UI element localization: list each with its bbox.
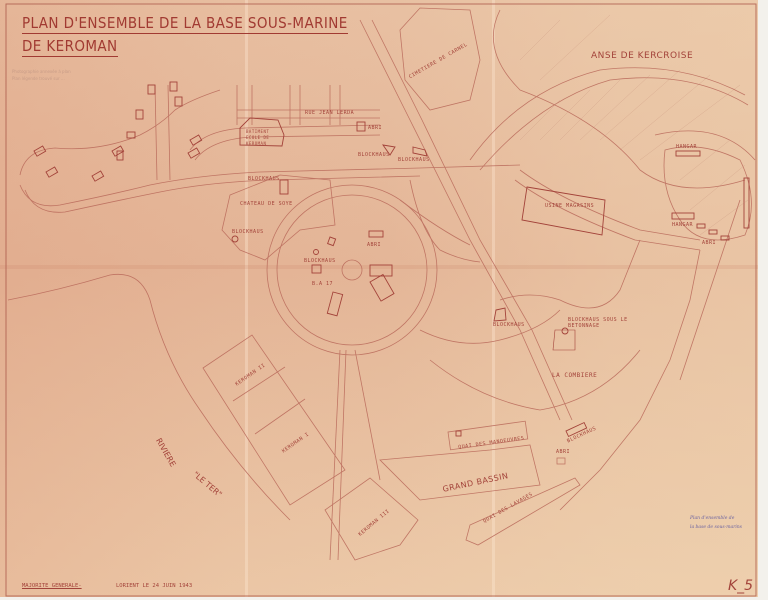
subnote-line: Plan légende trouvé sur ...: [12, 75, 71, 82]
blockhouse-label: BLOCKHAUS: [398, 157, 430, 163]
blockhouse-label: BLOCKHAUS: [248, 176, 280, 182]
hangar-label: HANGAR: [672, 222, 693, 228]
scan-margin: [758, 0, 768, 600]
blockhouse-label: BLOCKHAUS: [304, 258, 336, 264]
bunker-label: B.A 17: [312, 281, 333, 287]
subnote: Photographie annexée à plan Plan légende…: [12, 68, 71, 82]
handwritten-note: Plan d'ensemble de la base de sous-marin…: [690, 514, 742, 532]
shelter-label: ABRI: [368, 125, 382, 131]
shelter-label: ABRI: [702, 240, 716, 246]
blockhouse-label: BLOCKHAUS: [493, 322, 525, 328]
building-label: BATIMENT ECOLE DE KEROMAN: [246, 129, 276, 147]
handwritten-note-line: la base de sous-marins: [690, 523, 742, 532]
factory-label: USINE MAGASINS: [545, 203, 594, 209]
map-sheet: PLAN D'ENSEMBLE DE LA BASE SOUS-MARINE D…: [0, 0, 768, 600]
subnote-line: Photographie annexée à plan: [12, 68, 71, 75]
shelter-label: ABRI: [556, 449, 570, 455]
handwritten-note-line: Plan d'ensemble de: [690, 514, 742, 523]
area-label: LA COMBIERE: [552, 372, 597, 379]
blockhouse-label: BLOCKHAUS: [358, 152, 390, 158]
chateau-label: CHATEAU DE SOYE: [240, 201, 293, 207]
issuer-label: MAJORITE GENERALE-: [22, 583, 82, 589]
map-title-sub: DE KEROMAN: [22, 37, 118, 57]
shelter-label: ABRI: [367, 242, 381, 248]
sheet-code: K_5: [728, 578, 753, 594]
water-label: ANSE DE KERCROISE: [591, 51, 693, 61]
blockhouse-label: BLOCKHAUS: [232, 229, 264, 235]
hangar-label: HANGAR: [676, 144, 697, 150]
blockhouse-label: BLOCKHAUS SOUS LE BETONNAGE: [568, 317, 628, 329]
date-label: LORIENT LE 24 JUIN 1943: [116, 583, 192, 589]
map-title: PLAN D'ENSEMBLE DE LA BASE SOUS-MARINE: [22, 14, 348, 34]
street-label: RUE JEAN LERDA: [305, 110, 354, 116]
